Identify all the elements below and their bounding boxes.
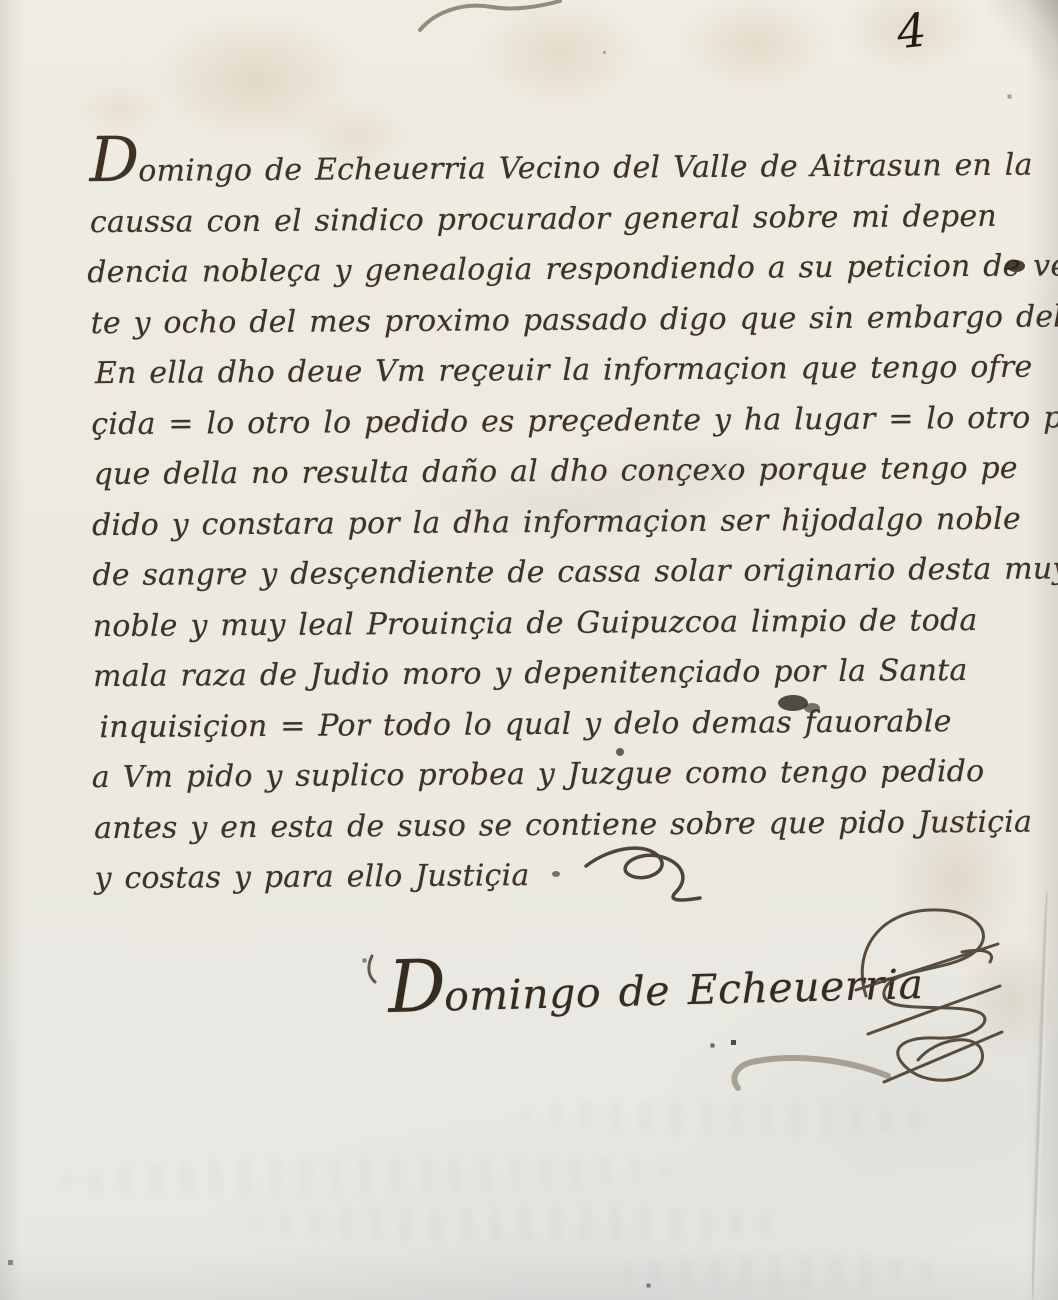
faded-curved-stroke-icon [734, 1058, 888, 1088]
scan-corner-shadow [988, 0, 1058, 80]
manuscript-line: te y ocho del mes proximo passado digo q… [90, 292, 996, 349]
manuscript-line: noble y muy leal Prouinçia de Guipuzcoa … [93, 595, 999, 652]
manuscript-line: inquisiçion = Por todo lo qual y delo de… [99, 696, 999, 753]
manuscript-line: y costas y para ello Justiçia [94, 848, 1000, 905]
manuscript-page: 4 Domingo de Echeuerria Vecino del Valle… [0, 0, 1058, 1300]
manuscript-line: a Vm pido y suplico probea y Juzgue como… [92, 747, 1000, 804]
cut-off-ink-flourish-icon [420, 1, 560, 30]
manuscript-line: de sangre y desçendiente de cassa solar … [92, 545, 998, 602]
show-through-ghost [250, 1205, 790, 1243]
manuscript-text: Domingo de Echeuerria Vecino del Valle d… [89, 129, 1000, 905]
paper-specks [0, 0, 1, 1]
manuscript-line: dido y constara por la dha informaçion s… [92, 494, 998, 551]
manuscript-line: dencia nobleça y genealogia respondiendo… [87, 242, 996, 299]
manuscript-line: antes y en esta de suso se contiene sobr… [94, 797, 1000, 854]
folio-number: 4 [894, 3, 927, 60]
signature-tick-mark [369, 956, 375, 982]
show-through-ghost [520, 1096, 941, 1139]
show-through-ghost [620, 1255, 950, 1289]
manuscript-line: En ella dho deue Vm reçeuir la informaçi… [95, 343, 997, 400]
paper-crease [1029, 890, 1051, 1300]
manuscript-line: caussa con el sindico procurador general… [90, 191, 996, 248]
manuscript-line: Domingo de Echeuerria Vecino del Valle d… [89, 129, 995, 198]
manuscript-line: mala raza de Judio moro y depenitençiado… [93, 646, 999, 703]
manuscript-line: que della no resulta daño al dho conçexo… [94, 444, 998, 501]
signature-text: Domingo de Echeuerria [387, 931, 924, 1029]
manuscript-line: çida = lo otro lo pedido es preçedente y… [91, 393, 997, 450]
show-through-ghost [60, 1150, 681, 1203]
